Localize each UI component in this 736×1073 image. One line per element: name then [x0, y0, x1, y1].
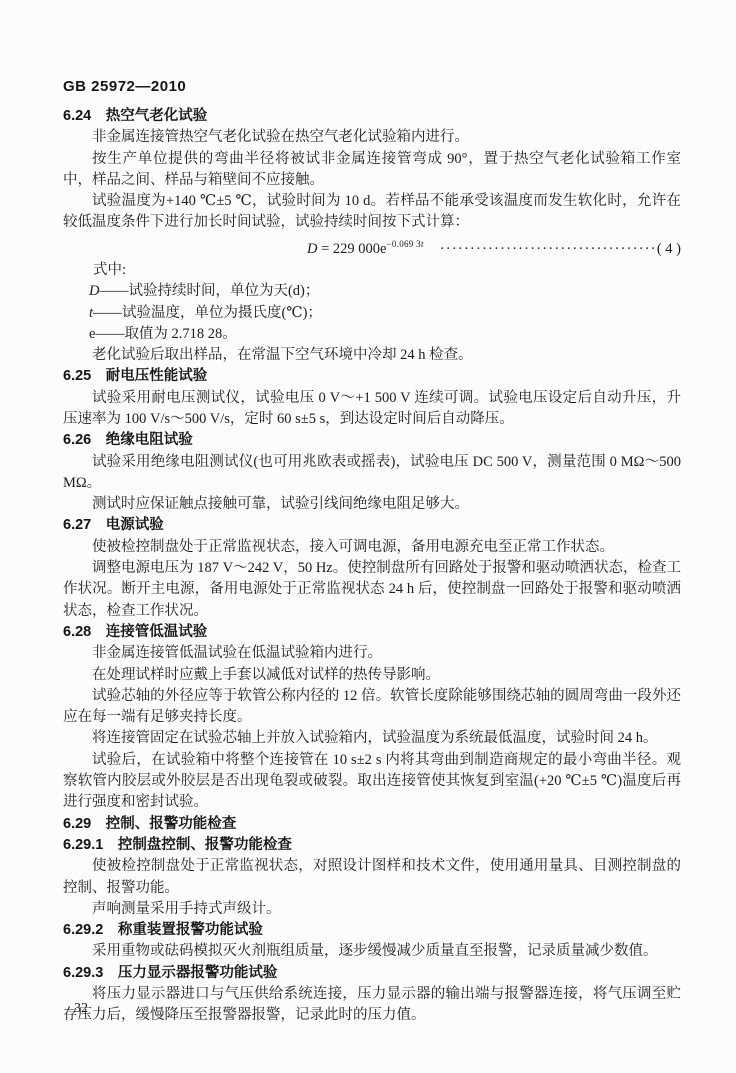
formula-variable-D: D: [307, 241, 317, 257]
section-6-28-paragraph-2: 在处理试样时应戴上手套以减低对试样的热传导影响。: [63, 665, 681, 686]
variable-description-e: ——取值为 2.718 28。: [95, 326, 236, 342]
section-heading-6-29-1: 6.29.1 控制盘控制、报警功能检查: [63, 835, 681, 856]
formula-dot-leader: ········································…: [440, 239, 657, 260]
formula-exponent-coefficient: −0.069 3: [386, 239, 420, 249]
section-6-28-paragraph-4: 将连接管固定在试验芯轴上并放入试验箱内，试验温度为系统最低温度，试验时间 24 …: [63, 728, 681, 749]
section-6-29-1-paragraph-1: 使被检控制盘处于正常监视状态，对照设计图样和技术文件，使用通用量具、目测控制盘的…: [63, 856, 681, 899]
section-heading-6-29-3: 6.29.3 压力显示器报警功能试验: [63, 963, 681, 984]
variable-description-t: ——试验温度，单位为摄氏度(℃)；: [93, 305, 322, 321]
section-6-28-paragraph-1: 非金属连接管低温试验在低温试验箱内进行。: [63, 643, 681, 664]
section-heading-6-26: 6.26 绝缘电阻试验: [63, 430, 681, 451]
formula-body: = 229 000e: [317, 241, 386, 257]
section-6-29-1-paragraph-2: 声响测量采用手持式声级计。: [63, 899, 681, 920]
formula-equation-number: ( 4 ): [657, 239, 681, 260]
formula-4-row: D = 229 000e−0.069 3t ··················…: [63, 234, 681, 260]
formula-exponent-variable: t: [421, 239, 424, 249]
document-page: GB 25972—2010 6.24 热空气老化试验 非金属连接管热空气老化试验…: [0, 0, 736, 1073]
section-6-24-paragraph-2: 按生产单位提供的弯曲半径将被试非金属连接管弯成 90°，置于热空气老化试验箱工作…: [63, 149, 681, 192]
section-heading-6-29: 6.29 控制、报警功能检查: [63, 814, 681, 835]
section-6-27-paragraph-2: 调整电源电压为 187 V～242 V，50 Hz。使控制盘所有回路处于报警和驱…: [63, 558, 681, 622]
section-6-24-paragraph-1: 非金属连接管热空气老化试验在热空气老化试验箱内进行。: [63, 127, 681, 148]
section-6-24-paragraph-3: 试验温度为+140 ℃±5 ℃，试验时间为 10 d。若样品不能承受该温度而发生…: [63, 191, 681, 234]
section-6-27-paragraph-1: 使被检控制盘处于正常监视状态，接入可调电源，备用电源充电至正常工作状态。: [63, 537, 681, 558]
document-content: 6.24 热空气老化试验 非金属连接管热空气老化试验在热空气老化试验箱内进行。 …: [63, 106, 681, 1027]
section-heading-6-28: 6.28 连接管低温试验: [63, 622, 681, 643]
section-6-29-2-paragraph-1: 采用重物或砝码模拟灭火剂瓶组质量，逐步缓慢减少质量直至报警，记录质量减少数值。: [63, 941, 681, 962]
page-number: 32: [74, 1001, 88, 1017]
section-6-24-paragraph-4: 老化试验后取出样品，在常温下空气环境中冷却 24 h 检查。: [63, 345, 681, 366]
section-6-28-paragraph-3: 试验芯轴的外径应等于软管公称内径的 12 倍。软管长度除能够围绕芯轴的圆周弯曲一…: [63, 686, 681, 729]
formula-variable-definition-e: e——取值为 2.718 28。: [63, 324, 681, 345]
formula-variable-definition-D: D——试验持续时间，单位为天(d)；: [63, 281, 681, 302]
section-6-28-paragraph-5: 试验后，在试验箱中将整个连接管在 10 s±2 s 内将其弯曲到制造商规定的最小…: [63, 750, 681, 814]
formula-variable-definition-t: t——试验温度，单位为摄氏度(℃)；: [63, 303, 681, 324]
variable-symbol-D: D: [89, 283, 99, 299]
section-6-29-3-paragraph-1: 将压力显示器进口与气压供给系统连接，压力显示器的输出端与报警器连接，将气压调至贮…: [63, 984, 681, 1027]
variable-description-D: ——试验持续时间，单位为天(d)；: [99, 283, 319, 299]
standard-code: GB 25972—2010: [63, 78, 186, 95]
section-6-26-paragraph-2: 测试时应保证触点接触可靠，试验引线间绝缘电阻足够大。: [63, 494, 681, 515]
section-6-26-paragraph-1: 试验采用绝缘电阻测试仪(也可用兆欧表或摇表)，试验电压 DC 500 V，测量范…: [63, 452, 681, 495]
section-heading-6-27: 6.27 电源试验: [63, 515, 681, 536]
section-heading-6-25: 6.25 耐电压性能试验: [63, 366, 681, 387]
formula-exponent: −0.069 3t: [386, 239, 423, 249]
section-heading-6-24: 6.24 热空气老化试验: [63, 106, 681, 127]
formula-where-label: 式中:: [63, 260, 681, 281]
section-6-25-paragraph-1: 试验采用耐电压测试仪，试验电压 0 V～+1 500 V 连续可调。试验电压设定…: [63, 388, 681, 431]
section-heading-6-29-2: 6.29.2 称重装置报警功能试验: [63, 920, 681, 941]
formula-4-expression: D = 229 000e−0.069 3t: [307, 234, 424, 260]
